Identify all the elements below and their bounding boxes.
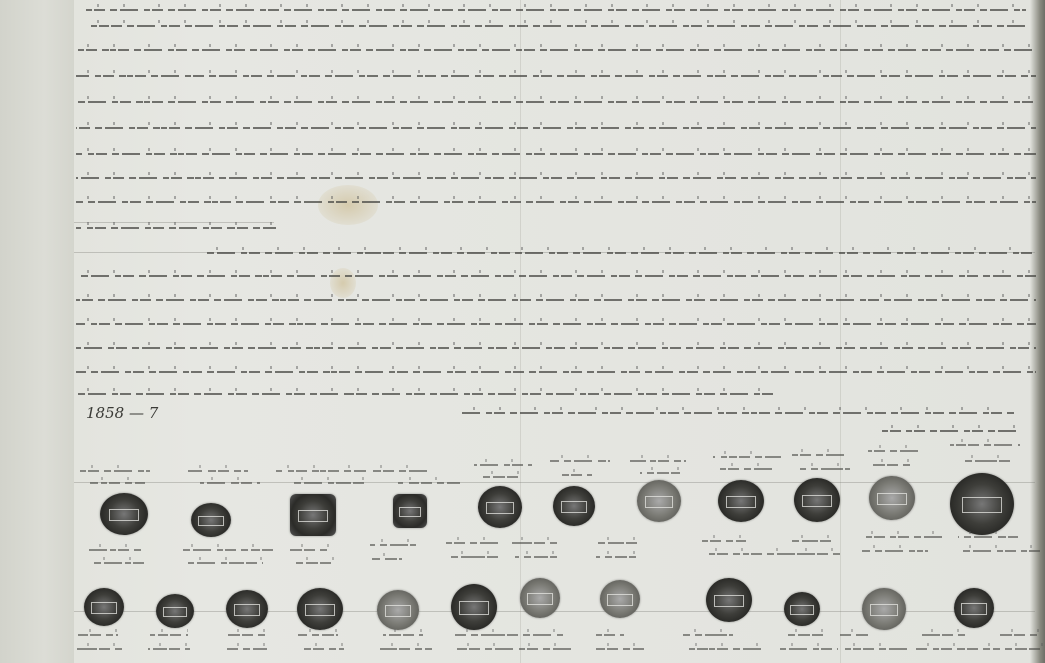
- handwritten-line: [86, 18, 1026, 32]
- seal-stamp: [226, 590, 268, 628]
- signature: [960, 456, 1010, 466]
- signature: [383, 630, 423, 640]
- handwritten-line: [76, 340, 1036, 354]
- signature: [950, 440, 1020, 450]
- seal-inscription: [645, 496, 673, 508]
- date-line: 1858 — 7: [86, 404, 158, 422]
- seal-inscription: [561, 501, 588, 513]
- date-month-day: — 7: [129, 404, 158, 422]
- signature: [290, 545, 330, 555]
- handwritten-line: [76, 386, 776, 400]
- handwritten-line: [76, 68, 1036, 82]
- signature: [596, 538, 640, 548]
- seal-stamp: [290, 494, 336, 536]
- seal-stamp: [869, 476, 915, 520]
- signature: [596, 630, 624, 640]
- handwritten-line: [76, 220, 276, 234]
- signature: [790, 450, 848, 460]
- signature: [480, 472, 520, 482]
- seal-inscription: [298, 510, 327, 522]
- seal-stamp: [156, 594, 194, 628]
- signature: [80, 466, 150, 476]
- signature: [862, 546, 928, 556]
- signature: [290, 478, 365, 488]
- signature: [298, 630, 338, 640]
- seal-stamp: [520, 578, 560, 618]
- seal-stamp: [794, 478, 840, 522]
- signature: [596, 644, 644, 654]
- handwritten-line: [86, 2, 1026, 16]
- signature: [840, 630, 870, 640]
- signature: [713, 452, 781, 462]
- handwritten-line: [76, 268, 1036, 282]
- seal-inscription: [527, 593, 553, 605]
- signature: [150, 630, 188, 640]
- seal-stamp: [637, 480, 681, 522]
- signature: [450, 552, 502, 562]
- signature: [188, 466, 248, 476]
- seal-inscription: [385, 605, 412, 617]
- signature: [372, 554, 402, 564]
- seal-stamp: [377, 590, 419, 630]
- signature: [868, 446, 918, 456]
- handwritten-line: [76, 316, 1036, 330]
- signature: [1000, 630, 1040, 640]
- signature: [180, 545, 275, 555]
- signature: [870, 460, 910, 470]
- seal-inscription: [198, 516, 224, 526]
- handwritten-line: [76, 94, 1036, 108]
- signature: [295, 558, 335, 568]
- handwritten-line: [76, 42, 1036, 56]
- signature: [510, 538, 558, 548]
- signature: [78, 630, 118, 640]
- seal-stamp: [478, 486, 522, 528]
- seal-stamp: [706, 578, 752, 622]
- seal-inscription: [790, 605, 813, 615]
- signature: [88, 545, 143, 555]
- signature: [398, 478, 460, 488]
- signature: [630, 456, 686, 466]
- signature: [780, 644, 838, 654]
- signature: [916, 644, 1000, 654]
- signature: [188, 558, 263, 568]
- signature: [276, 466, 366, 476]
- seal-stamp: [297, 588, 343, 630]
- signature: [226, 630, 266, 640]
- signature: [515, 552, 557, 562]
- signature: [226, 644, 268, 654]
- document-photo: 1858 — 7: [0, 0, 1045, 663]
- handwritten-line: [76, 170, 1036, 184]
- signature: [456, 644, 576, 654]
- seal-inscription: [802, 495, 831, 508]
- handwritten-line: [76, 146, 1036, 160]
- signature: [842, 644, 910, 654]
- signature: [958, 532, 1018, 542]
- signature: [370, 540, 416, 550]
- seal-inscription: [91, 602, 117, 613]
- seal-inscription: [870, 604, 898, 616]
- seal-stamp: [718, 480, 764, 522]
- handwritten-line: [76, 292, 1036, 306]
- seal-stamp: [393, 494, 427, 528]
- signature: [474, 460, 532, 470]
- signature: [790, 536, 834, 546]
- signature: [562, 470, 592, 480]
- seal-inscription: [459, 601, 488, 614]
- signature: [369, 466, 429, 476]
- signature: [920, 630, 966, 640]
- seal-stamp: [451, 584, 497, 630]
- seal-stamp: [950, 473, 1014, 535]
- seal-inscription: [486, 502, 514, 514]
- signature: [1004, 644, 1044, 654]
- handwritten-line: [76, 120, 1036, 134]
- seal-inscription: [877, 493, 906, 506]
- seal-inscription: [234, 604, 261, 615]
- signature: [958, 546, 1040, 556]
- signature: [702, 536, 746, 546]
- signature: [684, 644, 762, 654]
- seal-stamp: [784, 592, 820, 626]
- signature: [92, 558, 147, 568]
- handwritten-line: [205, 245, 1035, 259]
- seal-stamp: [954, 588, 994, 628]
- handwritten-line: [76, 194, 1036, 208]
- seal-inscription: [961, 603, 987, 615]
- seal-inscription: [163, 607, 187, 617]
- seal-inscription: [305, 604, 334, 616]
- signature: [683, 630, 733, 640]
- signature: [455, 630, 565, 640]
- signature: [800, 464, 850, 474]
- seal-stamp: [862, 588, 906, 630]
- signature: [550, 456, 610, 466]
- left-margin: [0, 0, 74, 663]
- signature: [76, 644, 124, 654]
- signature: [380, 644, 432, 654]
- seal-inscription: [962, 497, 1003, 514]
- signature: [304, 644, 344, 654]
- seal-stamp: [84, 588, 124, 626]
- signature: [704, 549, 796, 559]
- handwritten-line: [462, 405, 1017, 419]
- seal-inscription: [399, 507, 421, 517]
- signature: [90, 478, 145, 488]
- seal-inscription: [607, 594, 633, 605]
- signature: [200, 478, 260, 488]
- date-year: 1858: [86, 404, 124, 422]
- signature: [794, 549, 840, 559]
- seal-stamp: [191, 503, 231, 537]
- seal-inscription: [109, 509, 140, 521]
- signature: [596, 552, 636, 562]
- signature: [720, 464, 775, 474]
- seal-inscription: [726, 496, 755, 508]
- seal-inscription: [714, 595, 743, 608]
- handwritten-line: [76, 364, 1036, 378]
- signature: [640, 468, 680, 478]
- signature: [784, 630, 824, 640]
- seal-stamp: [100, 493, 148, 535]
- signature: [860, 532, 942, 542]
- seal-stamp: [600, 580, 640, 618]
- handwritten-line: [880, 423, 1020, 437]
- signature: [148, 644, 190, 654]
- seal-stamp: [553, 486, 595, 526]
- signature: [446, 538, 501, 548]
